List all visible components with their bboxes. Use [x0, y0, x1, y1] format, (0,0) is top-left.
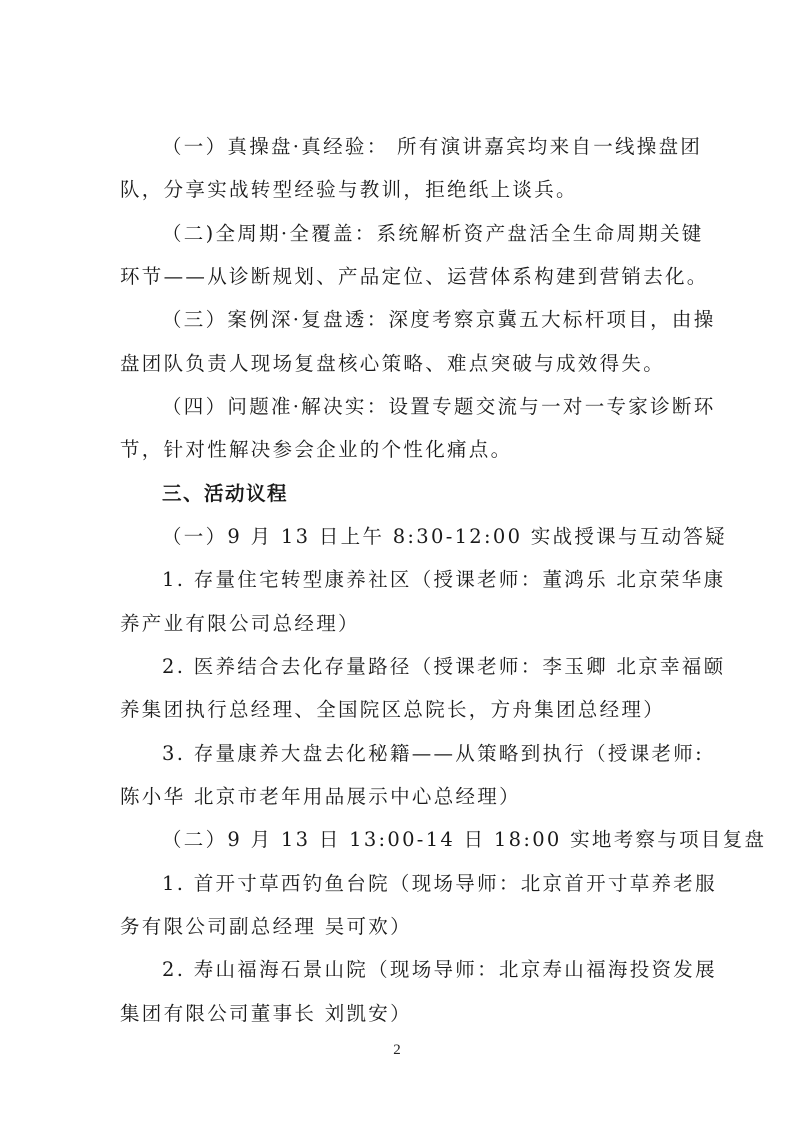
feature-2-line-1: （二)全周期·全覆盖：系统解析资产盘活全生命周期关键 [162, 220, 732, 248]
feature-1-line-1: （一）真操盘·真经验： 所有演讲嘉宾均来自一线操盘团 [162, 133, 732, 161]
session-1-item-3-line-2: 陈小华 北京市老年用品展示中心总经理） [120, 783, 690, 811]
feature-3-line-1: （三）案例深·复盘透：深度考察京冀五大标杆项目，由操 [162, 306, 732, 334]
agenda-session-2-title: （二）9 月 13 日 13:00-14 日 18:00 实地考察与项目复盘 [162, 826, 732, 854]
feature-2-line-2: 环节——从诊断规划、产品定位、运营体系构建到营销去化。 [120, 263, 690, 291]
feature-4-line-1: （四）问题准·解决实：设置专题交流与一对一专家诊断环 [162, 393, 732, 421]
section-heading-agenda: 三、活动议程 [162, 480, 732, 508]
page-number: 2 [0, 1042, 794, 1059]
session-1-item-3-line-1: 3. 存量康养大盘去化秘籍——从策略到执行（授课老师: [162, 740, 732, 768]
feature-3-line-2: 盘团队负责人现场复盘核心策略、难点突破与成效得失。 [120, 350, 690, 378]
session-1-item-2-line-1: 2. 医养结合去化存量路径（授课老师：李玉卿 北京幸福颐 [162, 653, 732, 681]
session-2-item-2-line-1: 2. 寿山福海石景山院（现场导师：北京寿山福海投资发展 [162, 956, 732, 984]
session-2-item-1-line-1: 1. 首开寸草西钓鱼台院（现场导师：北京首开寸草养老服 [162, 870, 732, 898]
session-1-item-2-line-2: 养集团执行总经理、全国院区总院长，方舟集团总经理） [120, 696, 690, 724]
document-page: （一）真操盘·真经验： 所有演讲嘉宾均来自一线操盘团 队，分享实战转型经验与教训… [0, 0, 794, 1123]
agenda-session-1-title: （一）9 月 13 日上午 8:30-12:00 实战授课与互动答疑 [162, 523, 732, 551]
session-2-item-1-line-2: 务有限公司副总经理 吴可欢） [120, 913, 690, 941]
feature-4-line-2: 节，针对性解决参会企业的个性化痛点。 [120, 436, 690, 464]
feature-1-line-2: 队，分享实战转型经验与教训，拒绝纸上谈兵。 [120, 176, 690, 204]
session-2-item-2-line-2: 集团有限公司董事长 刘凯安） [120, 1000, 690, 1028]
session-1-item-1-line-1: 1. 存量住宅转型康养社区（授课老师：董鸿乐 北京荣华康 [162, 566, 732, 594]
session-1-item-1-line-2: 养产业有限公司总经理） [120, 610, 690, 638]
